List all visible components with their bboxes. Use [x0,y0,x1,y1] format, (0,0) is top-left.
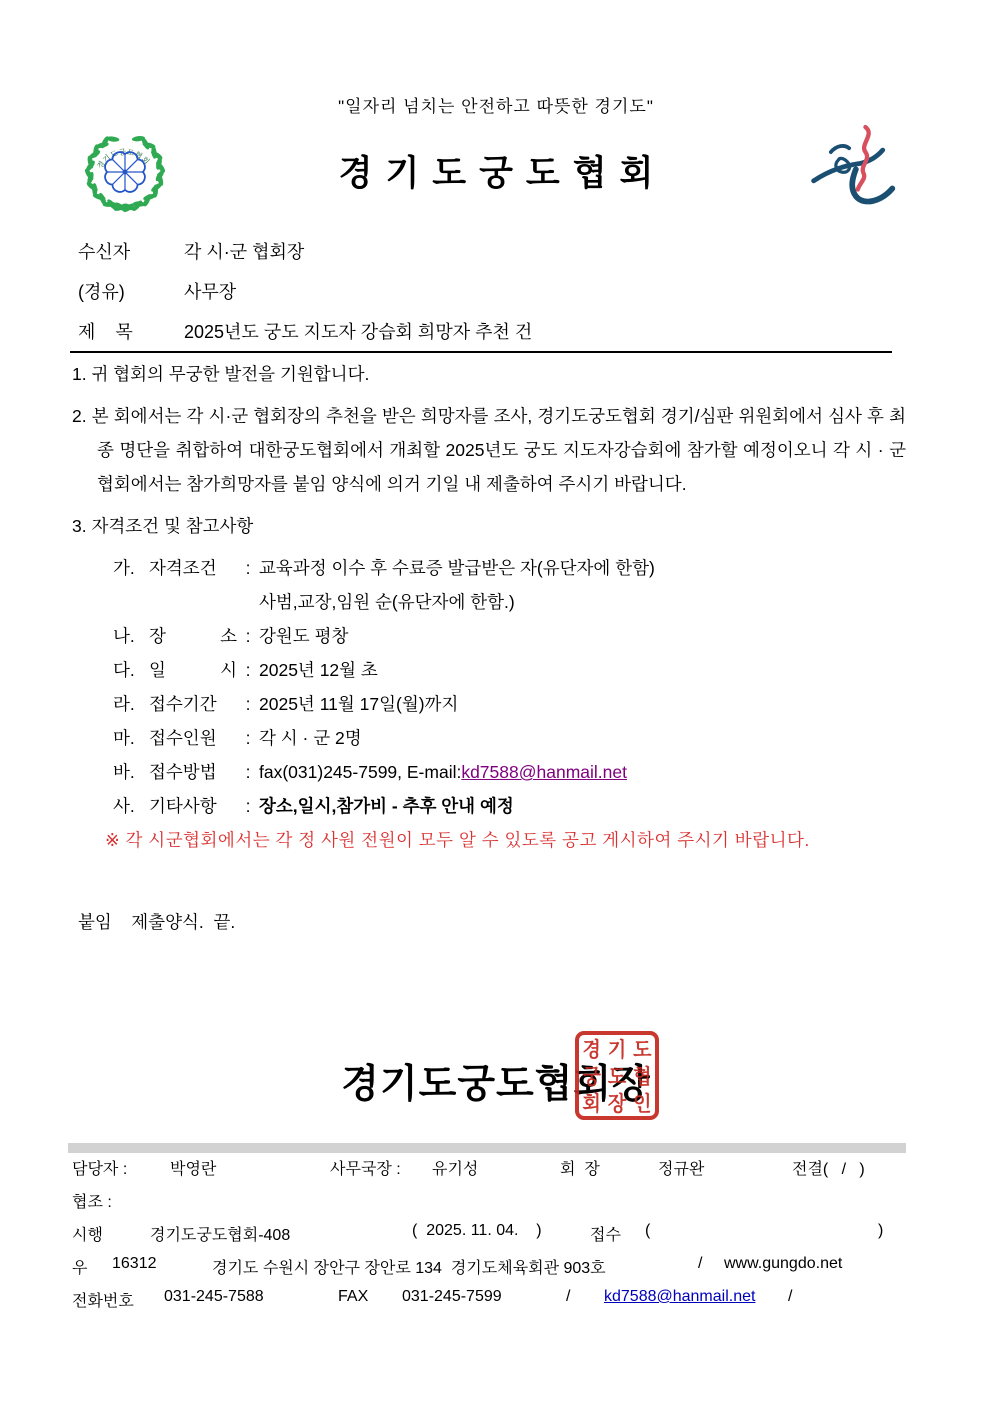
slash-2: / [788,1288,792,1306]
body-item-2: 2. 본 회에서는 각 시·군 협회장의 추천을 받은 희망자를 조사, 경기도… [72,399,906,501]
item-value: 사범,교장,임원 순(유단자에 한함.) [259,585,906,619]
list-item-etc: 사. 기타사항 : 장소,일시,참가비 - 추후 안내 예정 [113,789,906,823]
footer-address-row: 우 16312 경기도 수원시 장안구 장안로 134 경기도체육회관 903호… [0,1255,992,1277]
issue-label: 시행 [72,1222,103,1245]
list-item: 마. 접수인원 : 각 시 · 군 2명 [113,721,906,755]
item-value: 2025년 12월 초 [259,653,906,687]
seal-char: 경 [579,1034,604,1063]
body-item-3: 3. 자격조건 및 참고사항 [72,509,906,543]
receipt-paren-open: ( [645,1222,650,1240]
to-value: 각 시·군 협회장 [184,232,304,272]
recipient-row: 수신자 각 시·군 협회장 [78,232,908,272]
province-slogan: "일자리 넘치는 안전하고 따뜻한 경기도" [0,92,992,117]
document-body: 1. 귀 협회의 무궁한 발전을 기원합니다. 2. 본 회에서는 각 시·군 … [72,357,906,857]
staff-name: 박영란 [170,1156,216,1179]
item-label: 일 시 [149,653,237,687]
hwal-calligraphy-icon [804,116,900,238]
list-item-continuation: 사범,교장,임원 순(유단자에 한함.) [113,585,906,619]
item-colon: : [237,619,259,653]
chairman-name: 정규완 [658,1156,704,1179]
item-label: 기타사항 [149,789,237,823]
recipient-block: 수신자 각 시·군 협회장 (경유) 사무장 제 목 2025년도 궁도 지도자… [78,232,908,352]
footer-approvers-row: 담당자 : 박영란 사무국장 : 유기성 회 장 정규완 전결( / ) [0,1156,992,1178]
seal-char: 장 [604,1088,629,1117]
item-marker: 나. [113,619,149,653]
address-text: 경기도 수원시 장안구 장안로 134 경기도체육회관 903호 [212,1255,606,1278]
receipt-label: 접수 [590,1222,621,1245]
seal-char: 도 [604,1061,629,1090]
footer-issue-row: 시행 경기도궁도협회-408 ( 2025. 11. 04. ) 접수 ( ) [0,1222,992,1244]
fax-email-text: fax(031)245-7599, E-mail: [259,762,461,782]
footer-email-link[interactable]: kd7588@hanmail.net [604,1288,755,1306]
seal-char: 회 [579,1088,604,1117]
signature-title: 경기도궁도협회장 [0,1053,992,1109]
list-item: 라. 접수기간 : 2025년 11월 17일(월)까지 [113,687,906,721]
seal-char: 기 [604,1034,629,1063]
subject-label: 제 목 [78,312,184,352]
item-value: 2025년 11월 17일(월)까지 [259,687,906,721]
list-item: 가. 자격조건 : 교육과정 이수 후 수료증 발급받은 자(유단자에 한함) [113,551,906,585]
item-value: 교육과정 이수 후 수료증 발급받은 자(유단자에 한함) [259,551,906,585]
footer-divider-bar [68,1143,906,1153]
item-colon: : [237,551,259,585]
body-email-link[interactable]: kd7588@hanmail.net [461,762,627,782]
footer-coop-row: 협조 : [0,1189,992,1211]
list-item: 다. 일 시 : 2025년 12월 초 [113,653,906,687]
postal-label: 우 [72,1255,87,1278]
via-value: 사무장 [184,272,236,312]
phone-number: 031-245-7588 [164,1288,264,1306]
item-value: 강원도 평창 [259,619,906,653]
item-marker: 라. [113,687,149,721]
item-marker: 다. [113,653,149,687]
fax-label: FAX [338,1288,368,1306]
document-page: "일자리 넘치는 안전하고 따뜻한 경기도" 경기도궁도협회 [0,0,992,1403]
subject-value: 2025년도 궁도 지도자 강습회 희망자 추천 건 [184,312,532,352]
receipt-paren-close: ) [878,1222,883,1240]
item-label: 자격조건 [149,551,237,585]
item-label: 장 소 [149,619,237,653]
attachment-line: 붙임 제출양식. 끝. [78,905,235,939]
approval-field: 전결( / ) [792,1156,865,1179]
item-value-bold: 장소,일시,참가비 - 추후 안내 예정 [259,789,906,823]
fax-number: 031-245-7599 [402,1288,502,1306]
seal-char: 협 [630,1061,655,1090]
seal-char: 인 [630,1088,655,1117]
item-marker: 사. [113,789,149,823]
item-label: 접수방법 [149,755,237,789]
footer-phone-row: 전화번호 031-245-7588 FAX 031-245-7599 / kd7… [0,1288,992,1310]
item-colon: : [237,755,259,789]
document-number: 경기도궁도협회-408 [150,1222,290,1245]
item-label [149,585,237,619]
secretary-name: 유기성 [432,1156,478,1179]
red-notice: ※ 각 시군협회에서는 각 정 사원 전원이 모두 알 수 있도록 공고 게시하… [105,823,906,857]
staff-label: 담당자 : [72,1156,127,1179]
subject-divider [70,351,892,353]
subject-row: 제 목 2025년도 궁도 지도자 강습회 희망자 추천 건 [78,312,908,352]
condition-list: 가. 자격조건 : 교육과정 이수 후 수료증 발급받은 자(유단자에 한함) … [113,551,906,823]
list-item-contact: 바. 접수방법 : fax(031)245-7599, E-mail:kd758… [113,755,906,789]
item-colon [237,585,259,619]
item-colon: : [237,789,259,823]
item-colon: : [237,653,259,687]
item-marker: 가. [113,551,149,585]
website-text: www.gungdo.net [724,1255,842,1273]
chairman-label: 회 장 [560,1156,600,1179]
list-item: 나. 장 소 : 강원도 평창 [113,619,906,653]
seal-char: 도 [630,1034,655,1063]
item-value: 각 시 · 군 2명 [259,721,906,755]
seal-char: 궁 [579,1061,604,1090]
phone-label: 전화번호 [72,1288,134,1311]
official-seal-stamp: 경 기 도 궁 도 협 회 장 인 [575,1031,659,1120]
item-colon: : [237,687,259,721]
item-label: 접수기간 [149,687,237,721]
via-label: (경유) [78,272,184,312]
to-label: 수신자 [78,232,184,272]
address-slash: / [698,1255,702,1273]
body-item-1: 1. 귀 협회의 무궁한 발전을 기원합니다. [72,357,906,391]
issue-date: ( 2025. 11. 04. ) [412,1222,542,1240]
secretary-label: 사무국장 : [330,1156,401,1179]
slash-1: / [566,1288,570,1306]
postal-code: 16312 [112,1255,157,1273]
item-colon: : [237,721,259,755]
item-marker: 바. [113,755,149,789]
via-row: (경유) 사무장 [78,272,908,312]
coop-label: 협조 : [72,1189,112,1212]
item-marker: 마. [113,721,149,755]
item-marker [113,585,149,619]
item-label: 접수인원 [149,721,237,755]
